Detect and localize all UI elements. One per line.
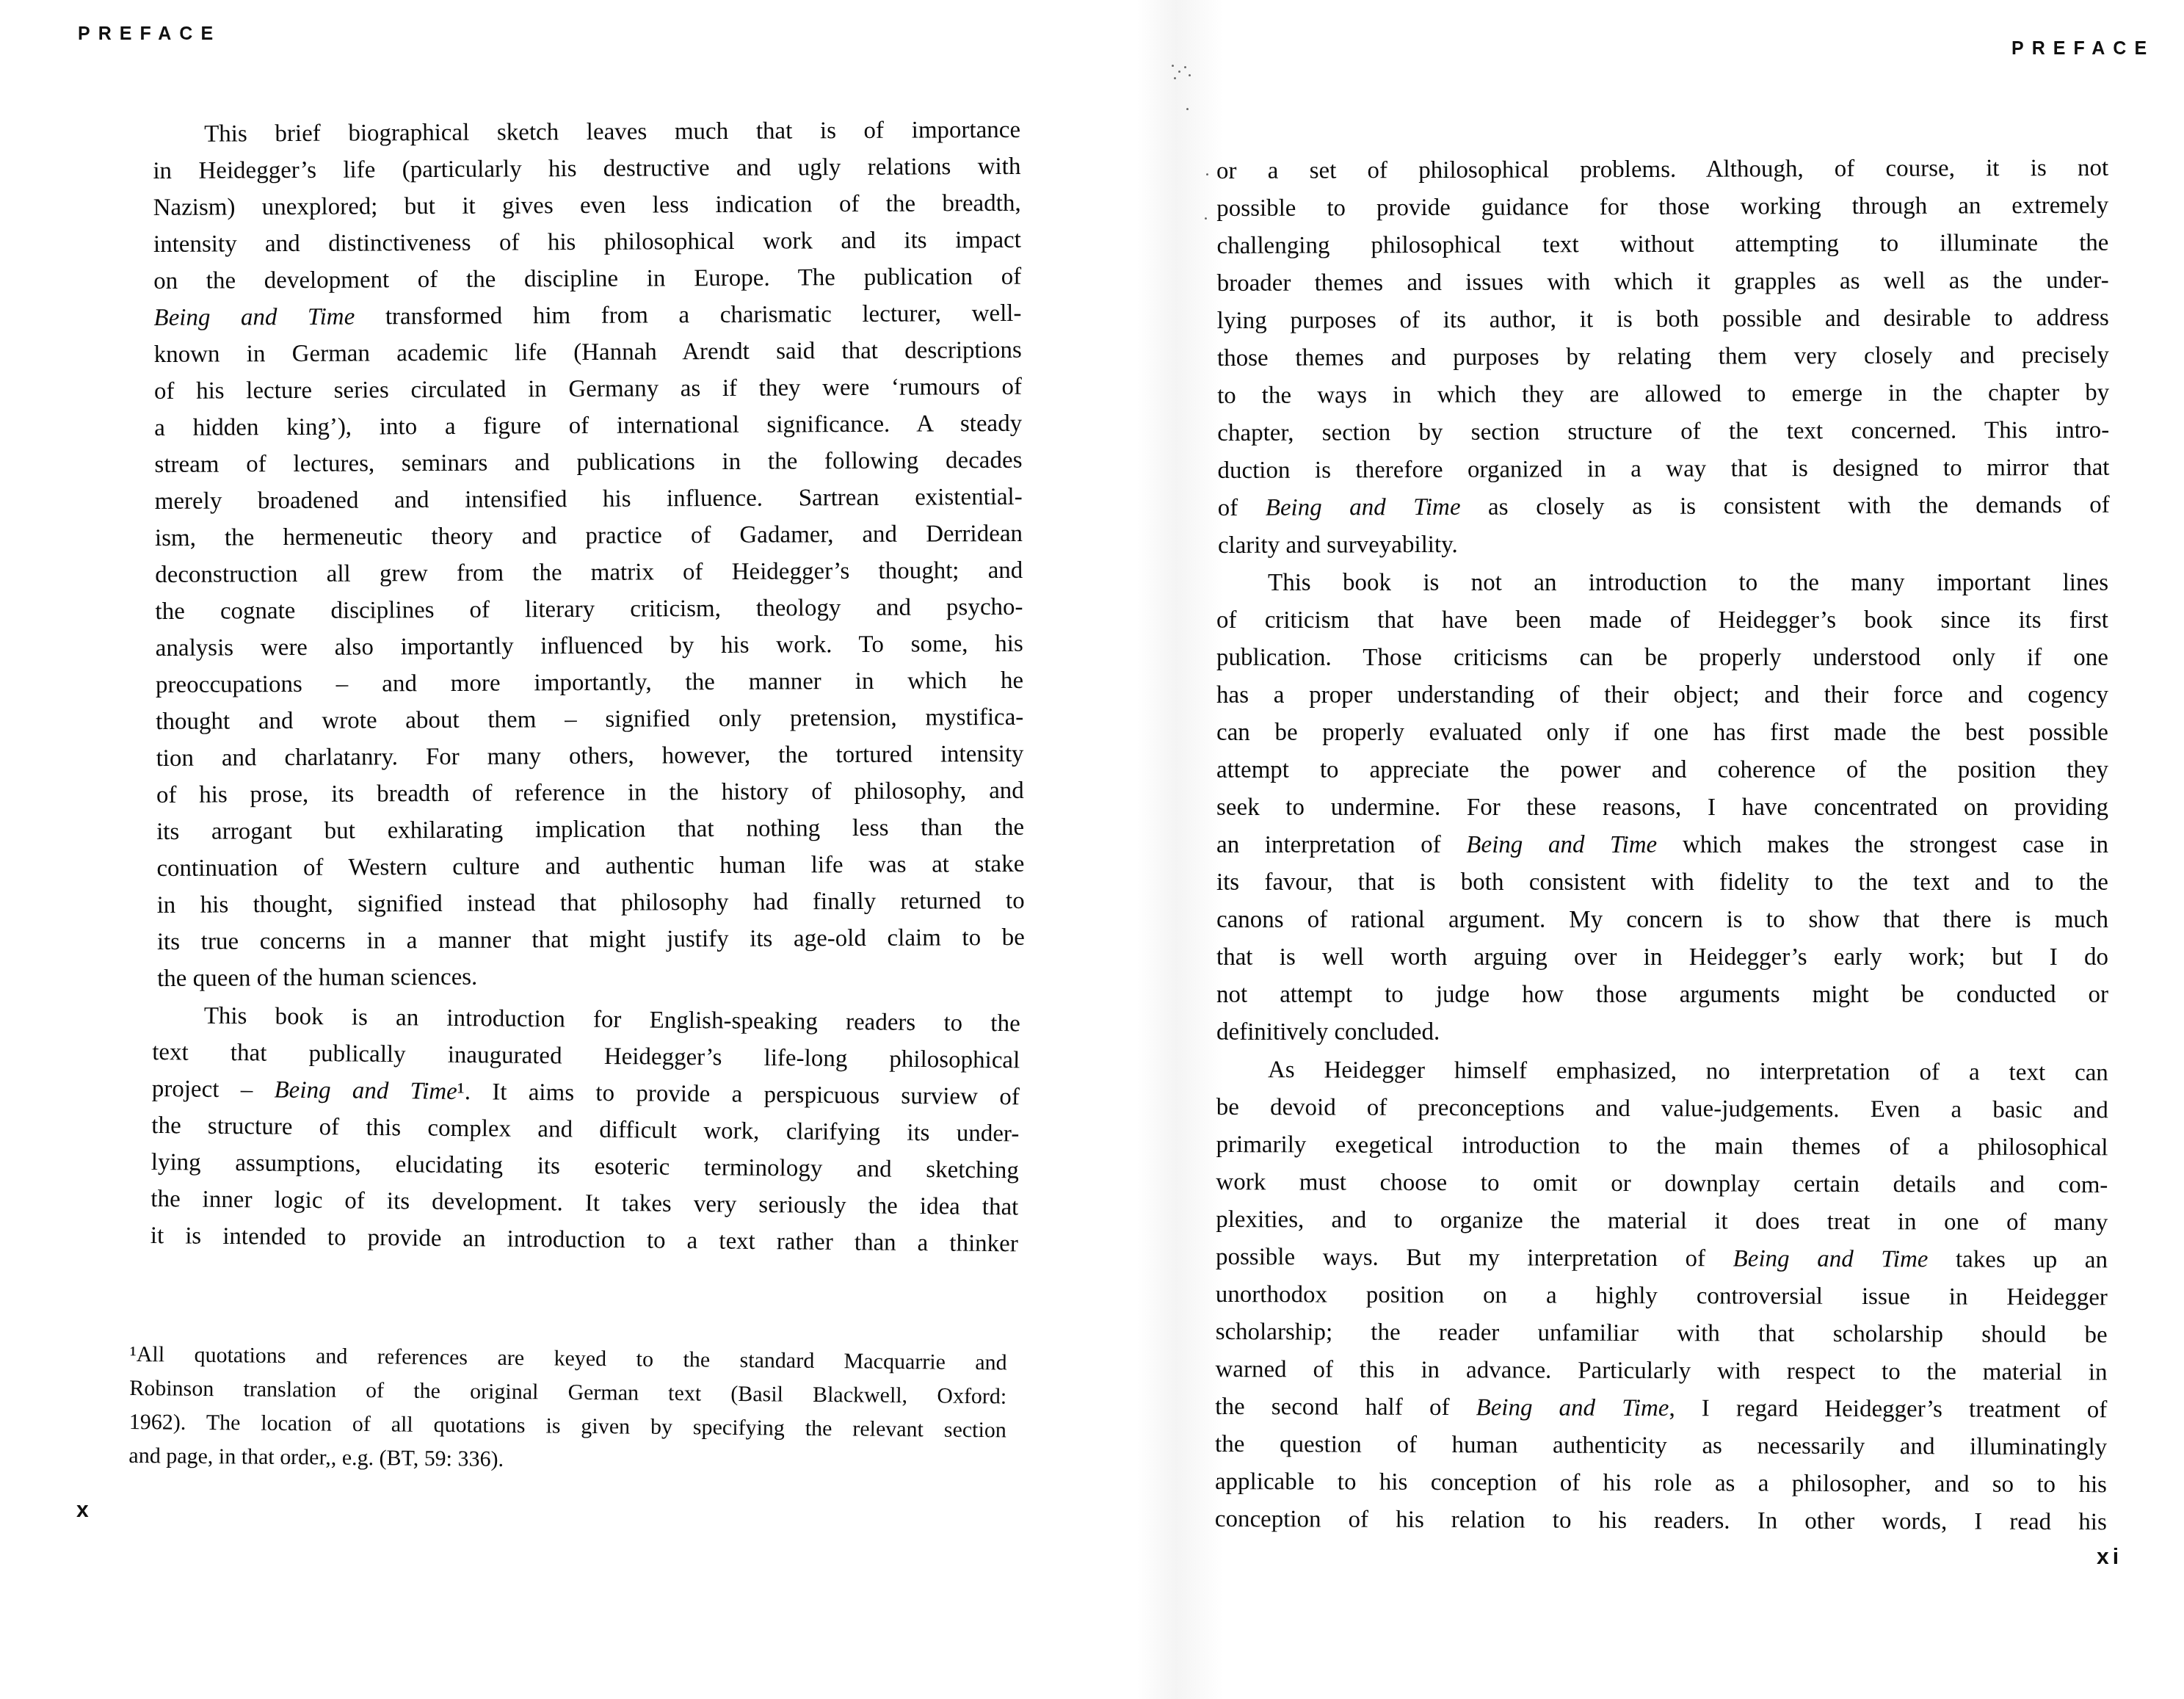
text-line: possible to provide guidance for those w… — [1216, 187, 2108, 228]
page-gutter-shadow — [1136, 0, 1225, 1699]
text-line: This brief biographical sketch leaves mu… — [153, 112, 1020, 153]
text-line: work must choose to omit or downplay cer… — [1216, 1164, 2108, 1204]
text-line: deconstruction all grew from the matrix … — [155, 552, 1023, 593]
text-line: can be properly evaluated only if one ha… — [1216, 714, 2108, 752]
speckle-dot — [1174, 77, 1176, 79]
left-page-body: This brief biographical sketch leaves mu… — [153, 116, 1020, 1254]
text-line: Being and Time transformed him from a ch… — [153, 295, 1021, 336]
text-line: of his prose, its breadth of reference i… — [156, 772, 1024, 814]
footnote: ¹All quotations and references are keyed… — [128, 1338, 1007, 1481]
text-line: the cognate disciplines of literary crit… — [155, 589, 1023, 630]
text-line: analysis were also importantly influence… — [156, 626, 1023, 667]
text-line: its favour, that is both consistent with… — [1216, 864, 2108, 902]
text-line: the second half of Being and Time, I reg… — [1215, 1388, 2107, 1429]
text-line: scholarship; the reader unfamiliar with … — [1216, 1314, 2108, 1354]
text-line: unorthodox position on a highly controve… — [1216, 1276, 2108, 1316]
text-line: challenging philosophical text without a… — [1216, 225, 2108, 265]
text-line: chapter, section by section structure of… — [1217, 412, 2109, 452]
text-line: clarity and surveyability. — [1218, 524, 2110, 565]
page-number-left: x — [76, 1498, 92, 1523]
text-line: seek to undermine. For these reasons, I … — [1216, 789, 2108, 827]
text-line: publication. Those criticisms can be pro… — [1216, 640, 2108, 677]
text-line: stream of lectures, seminars and publica… — [154, 442, 1022, 483]
text-line: a hidden king’), into a figure of intern… — [154, 405, 1022, 446]
text-line: plexities, and to organize the material … — [1216, 1201, 2108, 1242]
paragraph: As Heidegger himself emphasized, no inte… — [1215, 1051, 2108, 1541]
text-line: its true concerns in a manner that might… — [157, 919, 1025, 960]
text-line: the question of human authenticity as ne… — [1215, 1426, 2107, 1466]
text-line: in Heidegger’s life (particularly his de… — [153, 148, 1020, 189]
text-line: not attempt to judge how those arguments… — [1216, 977, 2108, 1014]
text-line: primarily exegetical introduction to the… — [1216, 1126, 2108, 1167]
text-line: attempt to appreciate the power and cohe… — [1216, 752, 2108, 789]
book-scan-spread: PREFACE This brief biographical sketch l… — [0, 0, 2184, 1699]
paragraph: This book is not an introduction to the … — [1216, 565, 2108, 1051]
speckle-dot — [1184, 66, 1186, 68]
speckle-dot — [1189, 74, 1191, 76]
text-line: merely broadened and intensified his inf… — [155, 479, 1023, 520]
text-line: in his thought, signified instead that p… — [156, 883, 1024, 924]
text-line: possible ways. But my interpretation of … — [1216, 1239, 2108, 1279]
text-line: This book is not an introduction to the … — [1216, 565, 2108, 602]
speckle-dot — [1178, 70, 1180, 73]
text-line: applicable to his conception of his role… — [1215, 1463, 2107, 1504]
text-line: tion and charlatanry. For many others, h… — [156, 736, 1023, 777]
text-line: or a set of philosophical problems. Alth… — [1216, 150, 2108, 190]
text-line: of Being and Time as closely as is consi… — [1218, 487, 2110, 527]
running-header-right: PREFACE — [2011, 38, 2155, 59]
text-line: that is well worth arguing over in Heide… — [1216, 939, 2108, 977]
text-line: canons of rational argument. My concern … — [1216, 902, 2108, 939]
page-number-right: xi — [2097, 1545, 2122, 1570]
text-line: warned of this in advance. Particularly … — [1215, 1351, 2107, 1391]
running-header-left: PREFACE — [78, 23, 221, 45]
speckle-dot — [1205, 217, 1207, 220]
text-line: has a proper understanding of their obje… — [1216, 677, 2108, 714]
text-line: the queen of the human sciences. — [157, 956, 1025, 997]
text-line: an interpretation of Being and Time whic… — [1216, 827, 2108, 864]
text-line: those themes and purposes by relating th… — [1217, 337, 2109, 377]
text-line: lying purposes of its author, it is both… — [1217, 300, 2109, 340]
text-line: As Heidegger himself emphasized, no inte… — [1216, 1051, 2108, 1092]
text-line: it is intended to provide an introductio… — [150, 1217, 1018, 1262]
text-line: its arrogant but exhilarating implicatio… — [156, 809, 1024, 850]
text-line: intensity and distinctiveness of his phi… — [153, 222, 1021, 263]
paragraph: This book is an introduction for English… — [150, 997, 1020, 1262]
text-line: to the ways in which they are allowed to… — [1217, 374, 2109, 415]
text-line: duction is therefore organized in a way … — [1217, 449, 2109, 490]
speckle-dot — [1206, 173, 1208, 175]
text-line: continuation of Western culture and auth… — [156, 846, 1024, 887]
paragraph: or a set of philosophical problems. Alth… — [1216, 150, 2110, 565]
text-line: conception of his relation to his reader… — [1215, 1501, 2107, 1541]
text-line: preoccupations – and more importantly, t… — [156, 662, 1023, 703]
paragraph: This brief biographical sketch leaves mu… — [153, 112, 1025, 997]
text-line: Nazism) unexplored; but it gives even le… — [153, 185, 1021, 226]
text-line: of criticism that have been made of Heid… — [1216, 602, 2108, 640]
text-line: broader themes and issues with which it … — [1217, 262, 2109, 303]
text-line: definitively concluded. — [1216, 1014, 2108, 1051]
speckle-dot — [1186, 108, 1189, 110]
right-page-body: or a set of philosophical problems. Alth… — [1216, 153, 2108, 1538]
speckle-dot — [1172, 65, 1174, 67]
text-line: be devoid of preconceptions and value-ju… — [1216, 1089, 2108, 1129]
text-line: thought and wrote about them – signified… — [156, 699, 1023, 740]
text-line: on the development of the discipline in … — [153, 258, 1021, 300]
text-line: ism, the hermeneutic theory and practice… — [155, 515, 1023, 557]
text-line: of his lecture series circulated in Germ… — [154, 369, 1022, 410]
text-line: known in German academic life (Hannah Ar… — [154, 332, 1022, 373]
